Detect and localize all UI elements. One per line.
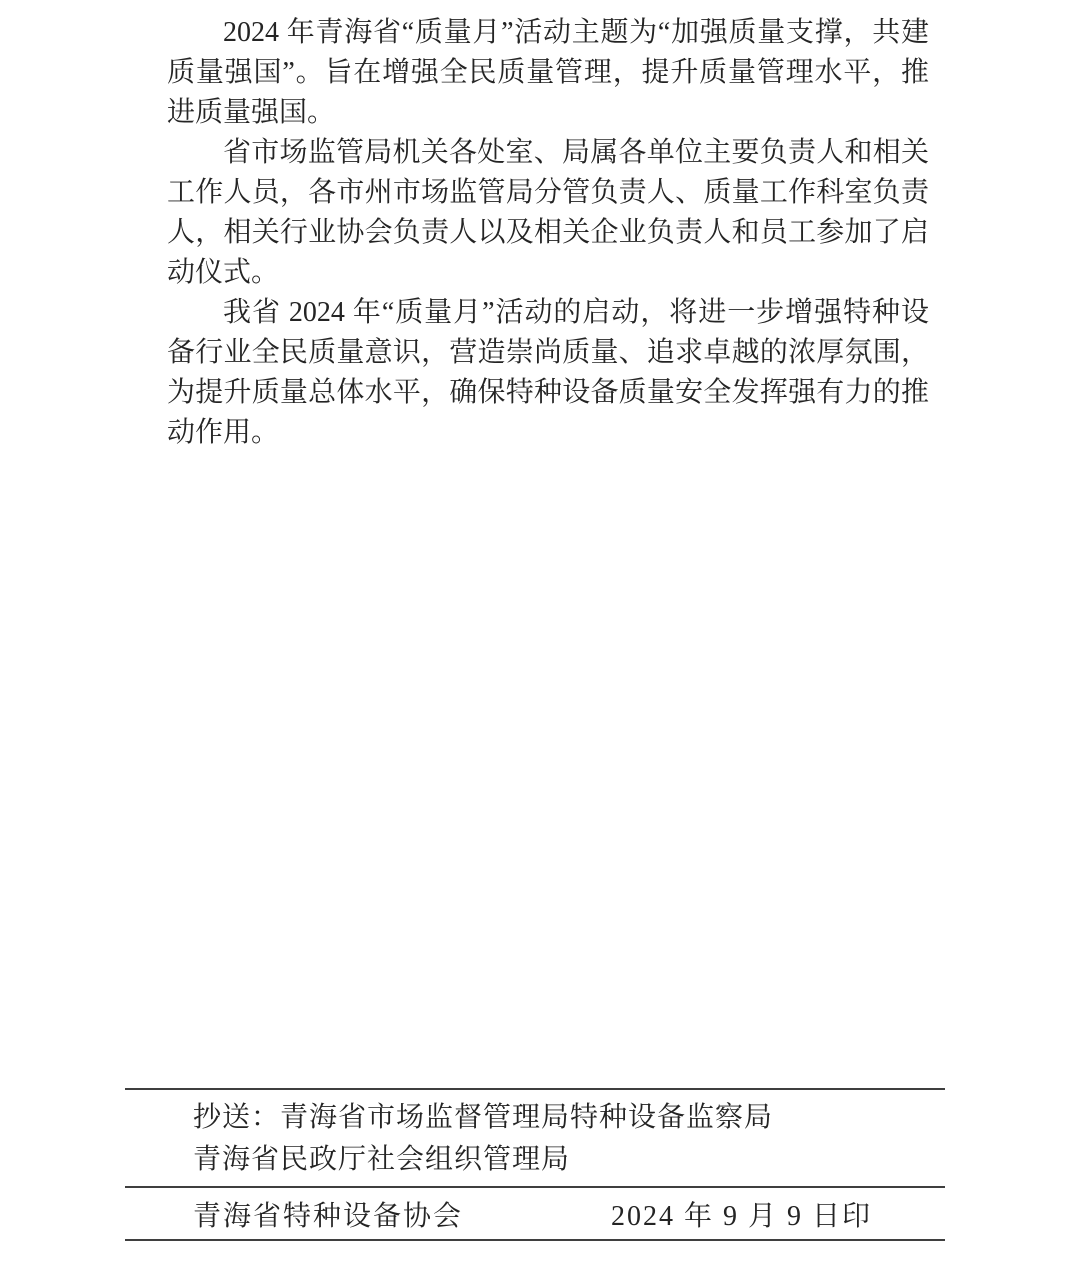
issuer-name: 青海省特种设备协会: [193, 1194, 463, 1234]
document-body: 2024 年青海省“质量月”活动主题为“加强质量支撑，共建质量强国”。旨在增强全…: [167, 13, 929, 453]
cc-line-1: 抄送：青海省市场监督管理局特种设备监察局: [193, 1097, 945, 1139]
paragraph-participants: 省市场监管局机关各处室、局属各单位主要负责人和相关工作人员，各市州市场监管局分管…: [167, 133, 929, 293]
cc-recipient-1: 青海省市场监督管理局特种设备监察局: [280, 1102, 773, 1133]
paragraph-significance: 我省 2024 年“质量月”活动的启动，将进一步增强特种设备行业全民质量意识，营…: [167, 293, 929, 453]
cc-recipient-2: 青海省民政厅社会组织管理局: [193, 1139, 945, 1181]
cc-label: 抄送：: [193, 1102, 280, 1133]
print-date: 2024 年 9 月 9 日印: [611, 1194, 872, 1234]
divider-bottom: [125, 1239, 945, 1241]
cc-block: 抄送：青海省市场监督管理局特种设备监察局 青海省民政厅社会组织管理局: [125, 1090, 945, 1186]
document-footer: 抄送：青海省市场监督管理局特种设备监察局 青海省民政厅社会组织管理局 青海省特种…: [125, 1088, 945, 1241]
paragraph-activity-theme: 2024 年青海省“质量月”活动主题为“加强质量支撑，共建质量强国”。旨在增强全…: [167, 13, 929, 133]
document-page: 2024 年青海省“质量月”活动主题为“加强质量支撑，共建质量强国”。旨在增强全…: [0, 0, 1088, 1272]
issuer-row: 青海省特种设备协会 2024 年 9 月 9 日印: [125, 1188, 945, 1239]
